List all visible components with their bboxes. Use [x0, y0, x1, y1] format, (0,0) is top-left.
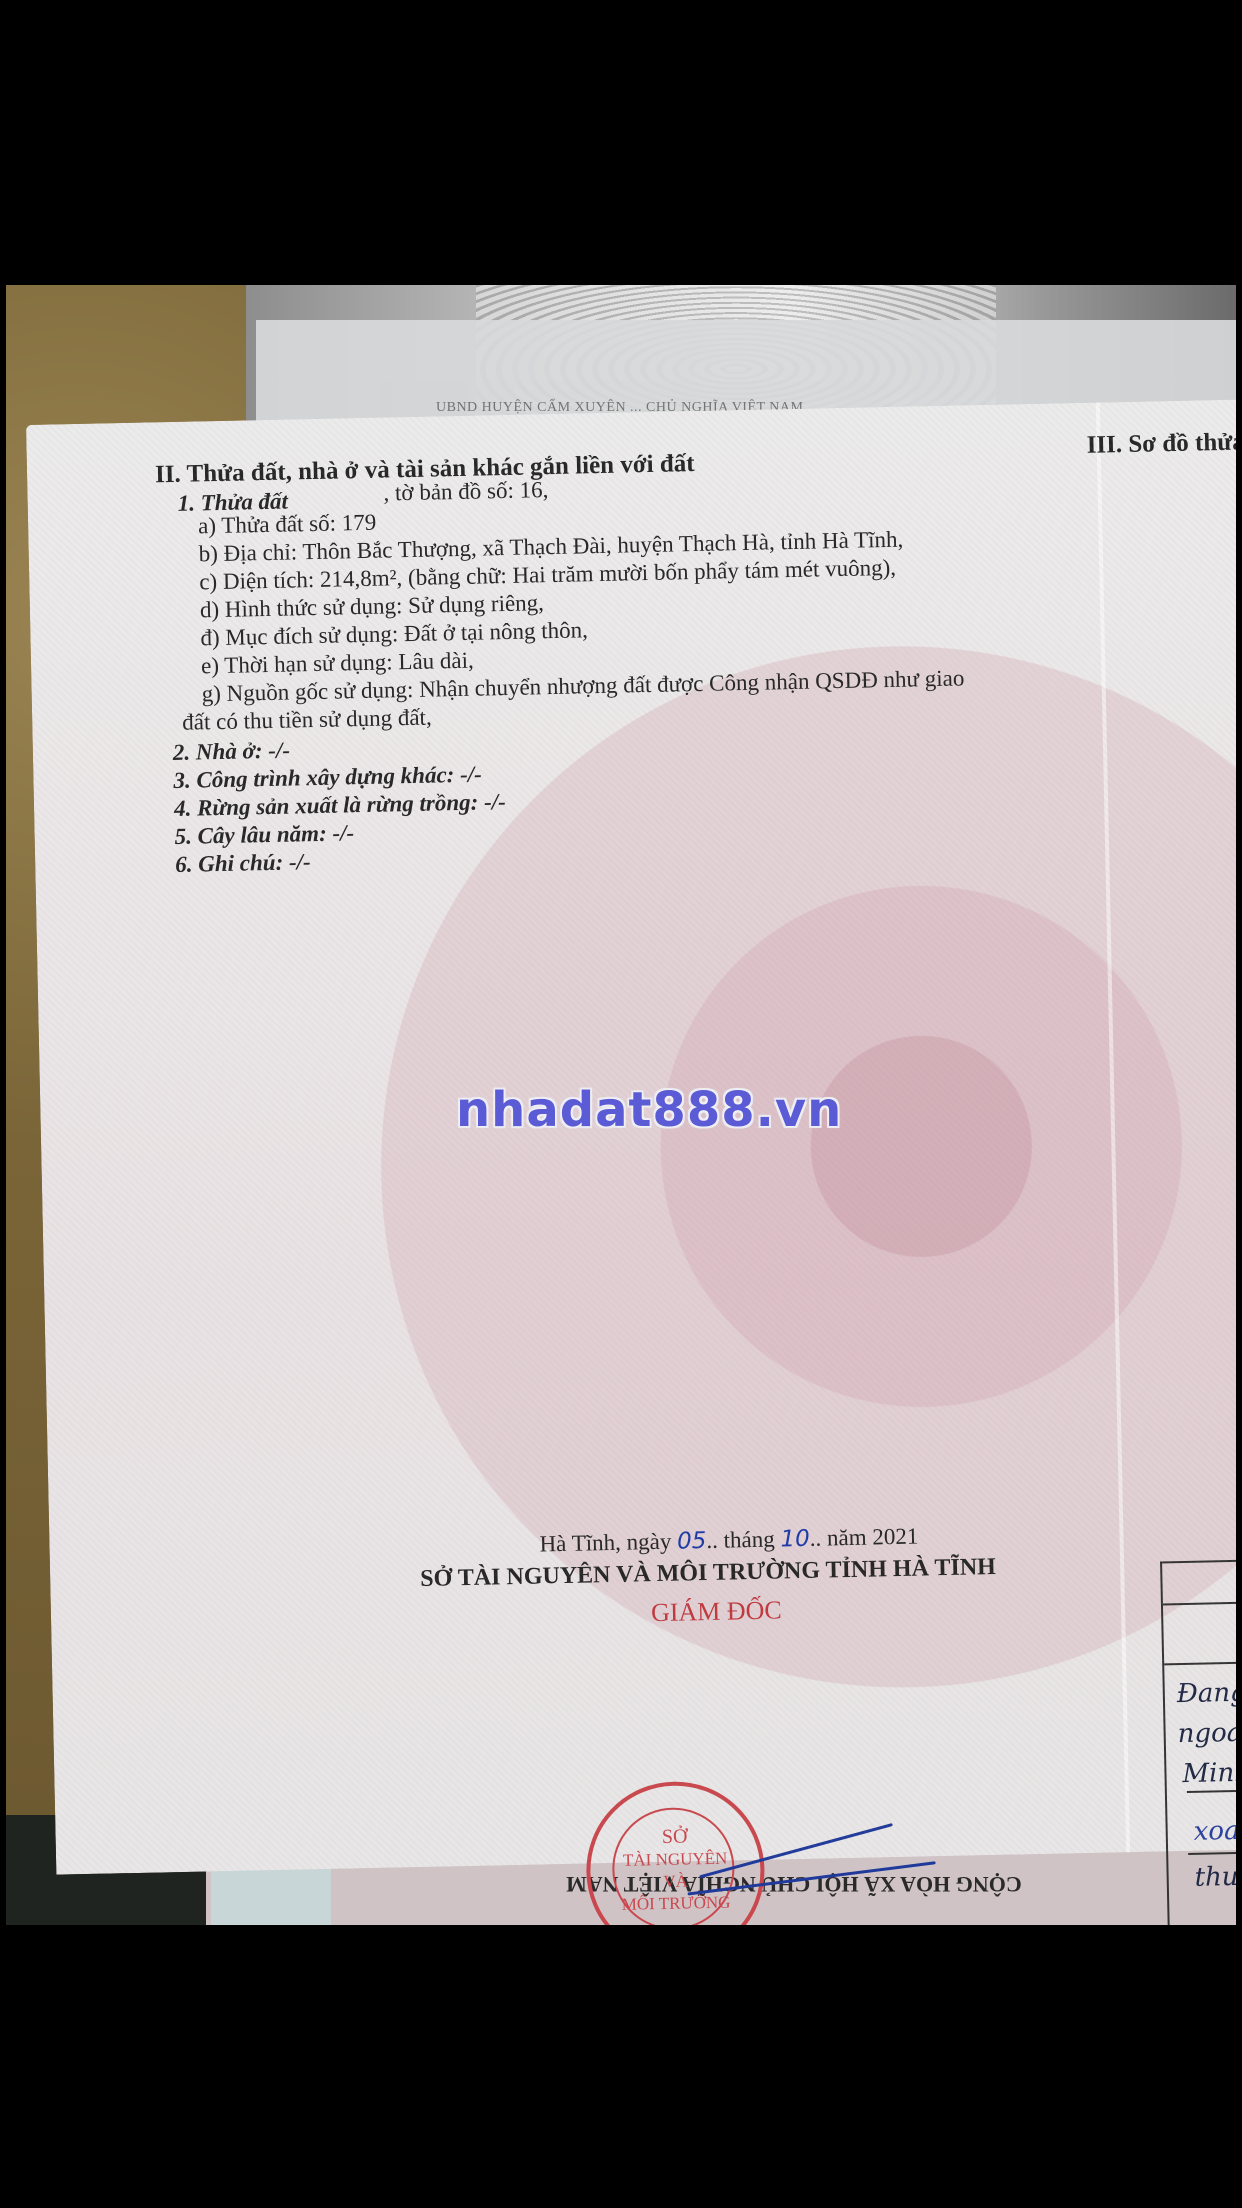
item2-house: 2. Nhà ở: -/- — [173, 739, 291, 764]
usage-term: e) Thời hạn sử dụng: Lâu dài, — [201, 649, 474, 678]
item4-production-forest: 4. Rừng sản xuất là rừng trồng: -/- — [174, 790, 506, 820]
item3-other-construction: 3. Công trình xây dựng khác: -/- — [173, 763, 482, 792]
item5-perennial-trees: 5. Cây lâu năm: -/- — [174, 821, 354, 848]
watermark-logo: nhadat888.vn — [456, 1082, 842, 1138]
section-iii-title: III. Sơ đồ thửa — [1086, 429, 1236, 457]
map-sheet-number: , tờ bản đồ số: 16, — [383, 478, 548, 504]
issuing-agency: SỞ TÀI NGUYÊN VÀ MÔI TRƯỜNG TỈNH HÀ TĨNH — [420, 1555, 996, 1591]
director-title: GIÁM ĐỐC — [651, 1597, 782, 1626]
handwritten-note: Minh — [1182, 1760, 1236, 1787]
usage-purpose: đ) Mục đích sử dụng: Đất ở tại nông thôn… — [200, 618, 588, 649]
issue-day: 05 — [677, 1528, 707, 1555]
handwritten-note: Đang — [1177, 1680, 1236, 1707]
usage-origin-continued: đất có thu tiền sử dụng đất, — [182, 706, 432, 734]
item6-notes: 6. Ghi chú: -/- — [175, 850, 311, 876]
issue-month: 10 — [780, 1526, 810, 1553]
official-red-stamp: SỞ TÀI NGUYÊN VÀ MÔI TRƯỜNG ★ TỈNH HÀ TĨ… — [585, 1780, 767, 1925]
usage-form: d) Hình thức sử dụng: Sử dụng riêng, — [200, 591, 544, 621]
issue-date: Hà Tĩnh, ngày 05.. tháng 10.. năm 2021 — [539, 1525, 918, 1557]
handwritten-note: thư — [1194, 1864, 1236, 1891]
right-notes-table: Đang ngoa Minh xoa thư — [1160, 1559, 1236, 1925]
handwritten-note: xoa — [1193, 1818, 1236, 1845]
handwritten-note: ngoa — [1177, 1720, 1236, 1747]
page-fold — [1096, 403, 1130, 1853]
parcel-number: a) Thửa đất số: 179 — [198, 511, 377, 538]
